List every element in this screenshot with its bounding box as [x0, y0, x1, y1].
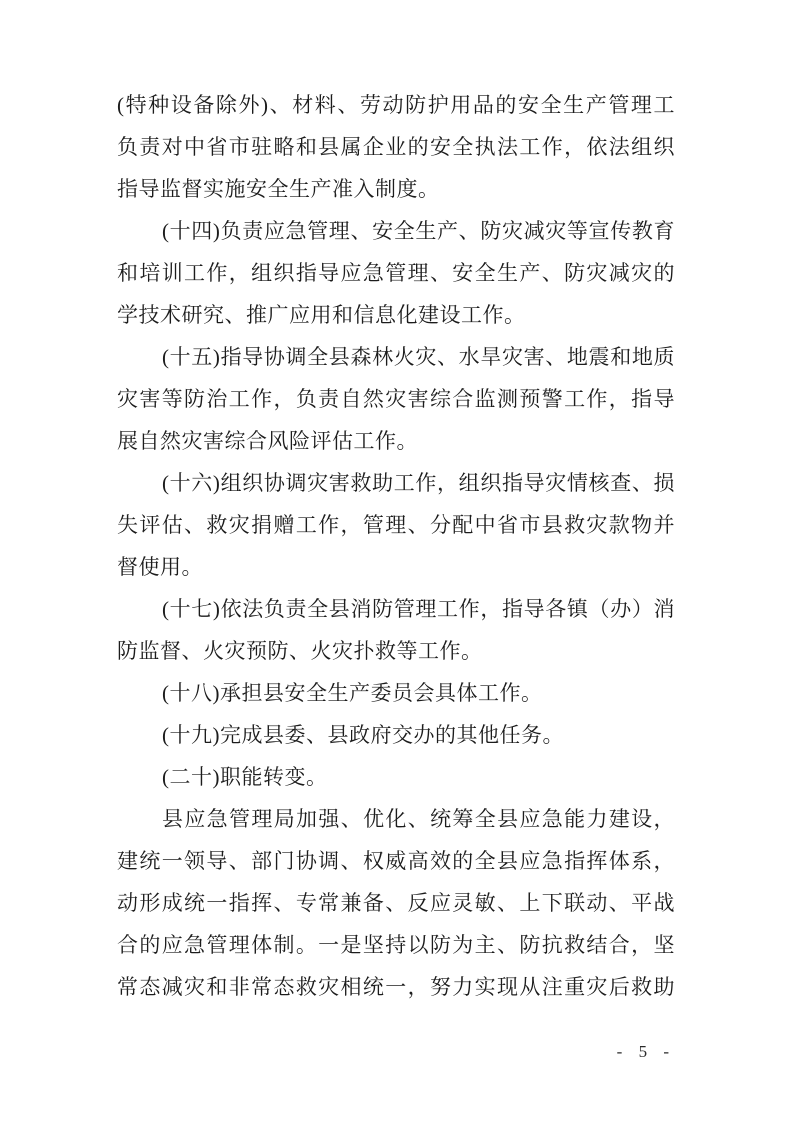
- para-item-16: (十六)组织协调灾害救助工作，组织指导灾情核查、损失评估、救灾捐赠工作，管理、分…: [117, 462, 675, 588]
- text-line: 常态减灾和非常态救灾相统一，努力实现从注重灾后救助向: [117, 966, 675, 1008]
- text-line: (十五)指导协调全县森林火灾、水旱灾害、地震和地质: [117, 336, 675, 378]
- text-line: (十八)承担县安全生产委员会具体工作。: [117, 672, 675, 714]
- para-item-18: (十八)承担县安全生产委员会具体工作。: [117, 672, 675, 714]
- text-line: 合的应急管理体制。一是坚持以防为主、防抗救结合，坚持: [117, 924, 675, 966]
- para-item-20: (二十)职能转变。: [117, 756, 675, 798]
- para-function-transform: 县应急管理局加强、优化、统筹全县应急能力建设，构建统一领导、部门协调、权威高效的…: [117, 798, 675, 1008]
- text-line: (十六)组织协调灾害救助工作，组织指导灾情核查、损: [117, 462, 675, 504]
- text-line: 学技术研究、推广应用和信息化建设工作。: [117, 294, 675, 336]
- para-item-15: (十五)指导协调全县森林火灾、水旱灾害、地震和地质灾害等防治工作，负责自然灾害综…: [117, 336, 675, 462]
- document-body: (特种设备除外)、材料、劳动防护用品的安全生产管理工作，负责对中省市驻略和县属企…: [117, 84, 675, 1008]
- text-line: 建统一领导、部门协调、权威高效的全县应急指挥体系，推: [117, 840, 675, 882]
- para-item-13-continuation: (特种设备除外)、材料、劳动防护用品的安全生产管理工作，负责对中省市驻略和县属企…: [117, 84, 675, 210]
- text-line: 县应急管理局加强、优化、统筹全县应急能力建设，构: [117, 798, 675, 840]
- text-line: 动形成统一指挥、专常兼备、反应灵敏、上下联动、平战结: [117, 882, 675, 924]
- text-line: 督使用。: [117, 546, 675, 588]
- text-line: (特种设备除外)、材料、劳动防护用品的安全生产管理工作，: [117, 84, 675, 126]
- text-line: (二十)职能转变。: [117, 756, 675, 798]
- para-item-17: (十七)依法负责全县消防管理工作，指导各镇（办）消防监督、火灾预防、火灾扑救等工…: [117, 588, 675, 672]
- text-line: 指导监督实施安全生产准入制度。: [117, 168, 675, 210]
- text-line: 和培训工作，组织指导应急管理、安全生产、防灾减灾的科: [117, 252, 675, 294]
- text-line: (十九)完成县委、县政府交办的其他任务。: [117, 714, 675, 756]
- page-number: - 5 -: [617, 1042, 675, 1062]
- text-line: 防监督、火灾预防、火灾扑救等工作。: [117, 630, 675, 672]
- para-item-14: (十四)负责应急管理、安全生产、防灾减灾等宣传教育和培训工作，组织指导应急管理、…: [117, 210, 675, 336]
- text-line: 负责对中省市驻略和县属企业的安全执法工作，依法组织并: [117, 126, 675, 168]
- text-line: 展自然灾害综合风险评估工作。: [117, 420, 675, 462]
- text-line: 失评估、救灾捐赠工作，管理、分配中省市县救灾款物并监: [117, 504, 675, 546]
- text-line: (十七)依法负责全县消防管理工作，指导各镇（办）消: [117, 588, 675, 630]
- text-line: 灾害等防治工作，负责自然灾害综合监测预警工作，指导开: [117, 378, 675, 420]
- document-page: (特种设备除外)、材料、劳动防护用品的安全生产管理工作，负责对中省市驻略和县属企…: [0, 0, 793, 1122]
- text-line: (十四)负责应急管理、安全生产、防灾减灾等宣传教育: [117, 210, 675, 252]
- para-item-19: (十九)完成县委、县政府交办的其他任务。: [117, 714, 675, 756]
